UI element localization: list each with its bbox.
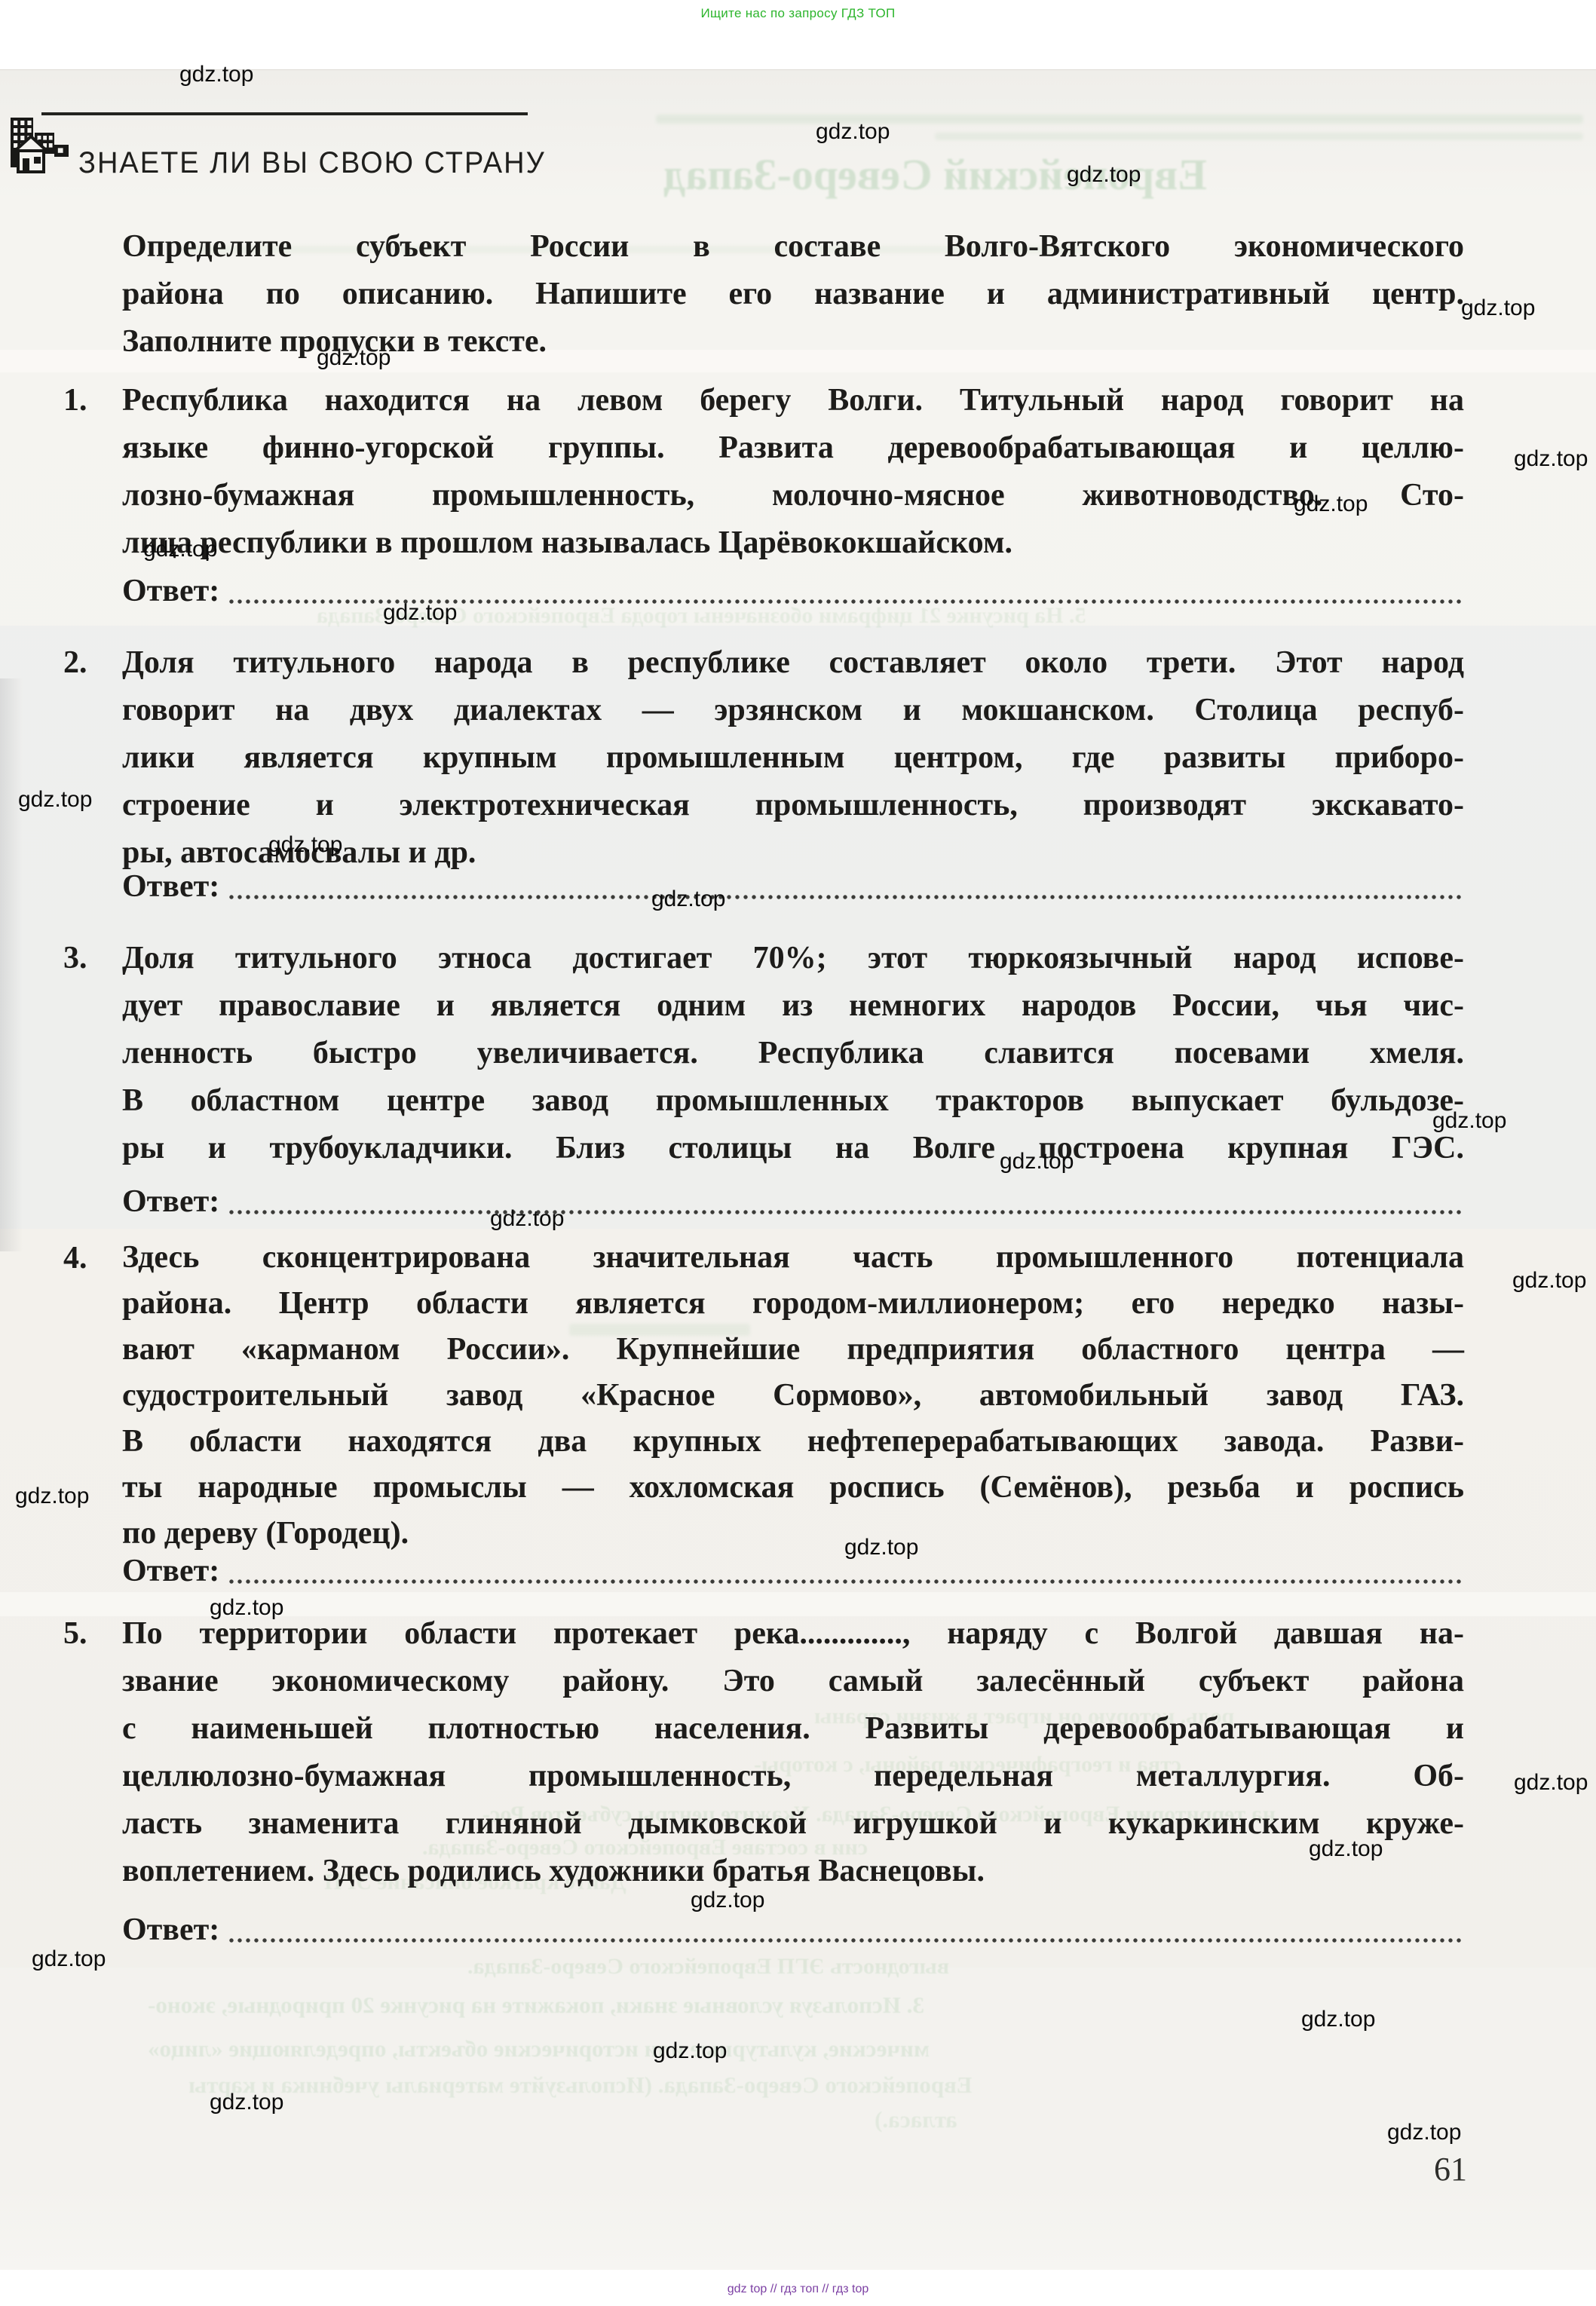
question-line: целлюлозно-бумажная промышленность, пере… <box>122 1753 1464 1800</box>
gdz-watermark: gdz.top <box>1000 1149 1074 1174</box>
question-5-number: 5. <box>63 1610 116 1658</box>
question-line: звание экономическому району. Это самый … <box>122 1658 1464 1705</box>
bleed-through-text: выгодность ЭГП Европейского Северо-Запад… <box>467 1954 949 1980</box>
instruction-line: района по описанию. Напишите его названи… <box>122 271 1464 318</box>
question-line: вают «карманом России». Крупнейшие предп… <box>122 1327 1464 1373</box>
question-line: В области находятся два крупных нефтепер… <box>122 1419 1464 1465</box>
question-line: ты народные промыслы — хохломская роспис… <box>122 1465 1464 1511</box>
bleed-through-text: атласа.) <box>875 2106 957 2133</box>
gdz-watermark: gdz.top <box>383 600 457 626</box>
question-line: лица республики в прошлом называлась Цар… <box>122 519 1464 567</box>
question-3-number: 3. <box>63 935 116 982</box>
question-line: ры и трубоукладчики. Близ столицы на Вол… <box>122 1125 1464 1172</box>
answer-row-2: Ответ: <box>122 865 1464 908</box>
gdz-watermark: gdz.top <box>1514 446 1588 472</box>
answer-dotted-line[interactable] <box>228 1577 1463 1586</box>
question-line: Доля титульного этноса достигает 70%; эт… <box>122 935 1464 982</box>
question-line: лозно-бумажная промышленность, молочно-м… <box>122 472 1464 519</box>
gdz-watermark: gdz.top <box>1514 1770 1588 1796</box>
bleed-through-text: мические, культурные или исторические об… <box>148 2035 930 2063</box>
gdz-watermark: gdz.top <box>653 2038 727 2064</box>
question-line: лики является крупным промышленным центр… <box>122 734 1464 782</box>
bleed-through-text: Европейского Северо-Запада. (Используйте… <box>188 2072 973 2099</box>
question-line: Республика находится на левом берегу Вол… <box>122 377 1464 424</box>
gdz-watermark: gdz.top <box>18 787 92 813</box>
gdz-watermark: gdz.top <box>179 62 253 87</box>
question-2-number: 2. <box>63 639 116 687</box>
question-line: судостроительный завод «Красное Сормово»… <box>122 1373 1464 1419</box>
gdz-watermark: gdz.top <box>844 1535 918 1560</box>
header-rule <box>41 112 528 115</box>
site-footer-link[interactable]: gdz top // гдз топ // гдз top <box>0 2283 1596 2296</box>
question-line: с наименьшей плотностью населения. Разви… <box>122 1705 1464 1753</box>
question-line: По территории области протекает река....… <box>122 1610 1464 1658</box>
answer-row-4: Ответ: <box>122 1550 1464 1592</box>
question-5-text: По территории области протекает река....… <box>122 1610 1464 1895</box>
answer-dotted-line[interactable] <box>228 1208 1463 1217</box>
question-line: языке финно-угорской группы. Развита дер… <box>122 424 1464 472</box>
gdz-watermark: gdz.top <box>490 1206 564 1232</box>
scan-edge-shadow <box>0 678 23 1251</box>
gdz-watermark: gdz.top <box>317 345 391 371</box>
question-line: В областном центре завод промышленных тр… <box>122 1077 1464 1125</box>
gdz-watermark: gdz.top <box>1309 1836 1383 1862</box>
question-line: дует православие и является одним из нем… <box>122 982 1464 1030</box>
question-line: ласть знаменита глиняной дымковской игру… <box>122 1800 1464 1848</box>
gdz-watermark: gdz.top <box>691 1888 764 1913</box>
gdz-watermark: gdz.top <box>143 537 217 562</box>
answer-label: Ответ: <box>122 1550 219 1592</box>
gdz-watermark: gdz.top <box>1301 2007 1375 2032</box>
question-line: района. Центр области является городом-м… <box>122 1281 1464 1327</box>
gdz-watermark: gdz.top <box>15 1484 89 1509</box>
answer-label: Ответ: <box>122 1181 219 1223</box>
bleed-through-smudge <box>656 115 1583 124</box>
question-4-text: Здесь сконцентрирована значительная част… <box>122 1235 1464 1557</box>
city-and-house-icon <box>6 116 71 176</box>
question-line: строение и электротехническая промышленн… <box>122 782 1464 829</box>
gdz-watermark: gdz.top <box>1432 1108 1506 1134</box>
answer-dotted-line[interactable] <box>228 893 1463 902</box>
gdz-watermark: gdz.top <box>816 119 890 145</box>
gdz-watermark: gdz.top <box>210 2090 283 2115</box>
answer-dotted-line[interactable] <box>228 1936 1463 1945</box>
gdz-watermark: gdz.top <box>268 832 342 858</box>
gdz-watermark: gdz.top <box>1067 162 1141 188</box>
answer-label: Ответ: <box>122 1909 219 1951</box>
question-3-text: Доля титульного этноса достигает 70%; эт… <box>122 935 1464 1172</box>
gdz-watermark: gdz.top <box>32 1946 106 1972</box>
answer-label: Ответ: <box>122 570 219 612</box>
question-line: воплетением. Здесь родились художники бр… <box>122 1848 1464 1895</box>
task-instruction: Определите субъект России в составе Волг… <box>122 223 1464 366</box>
gdz-watermark: gdz.top <box>1461 296 1535 321</box>
question-1-number: 1. <box>63 377 116 424</box>
answer-row-5: Ответ: <box>122 1909 1464 1951</box>
answer-row-1: Ответ: <box>122 570 1464 612</box>
gdz-watermark: gdz.top <box>210 1595 283 1621</box>
question-4-number: 4. <box>63 1235 116 1282</box>
workbook-scan-page: Европейский Северо-Запад5. На рисунке 21… <box>0 0 1596 2306</box>
question-line: говорит на двух диалектах — эрзянском и … <box>122 687 1464 734</box>
gdz-watermark: gdz.top <box>1512 1268 1586 1294</box>
gdz-watermark: gdz.top <box>1294 492 1368 517</box>
question-line: Доля титульного народа в республике сост… <box>122 639 1464 687</box>
gdz-watermark: gdz.top <box>1387 2120 1461 2145</box>
question-line: Здесь сконцентрирована значительная част… <box>122 1235 1464 1281</box>
gdz-watermark: gdz.top <box>651 887 725 912</box>
answer-row-3: Ответ: <box>122 1181 1464 1223</box>
site-search-hint[interactable]: Ищите нас по запросу ГДЗ ТОП <box>0 6 1596 21</box>
question-line: ленность быстро увеличивается. Республик… <box>122 1030 1464 1077</box>
answer-label: Ответ: <box>122 865 219 908</box>
bleed-through-text: 3. Используя условные знаки, покажите на… <box>148 1992 924 2019</box>
bleed-through-smudge <box>935 133 1583 140</box>
question-1-text: Республика находится на левом берегу Вол… <box>122 377 1464 567</box>
instruction-line: Определите субъект России в составе Волг… <box>122 223 1464 271</box>
page-number: 61 <box>1434 2150 1467 2188</box>
section-title: ЗНАЕТЕ ЛИ ВЫ СВОЮ СТРАНУ <box>78 146 546 181</box>
